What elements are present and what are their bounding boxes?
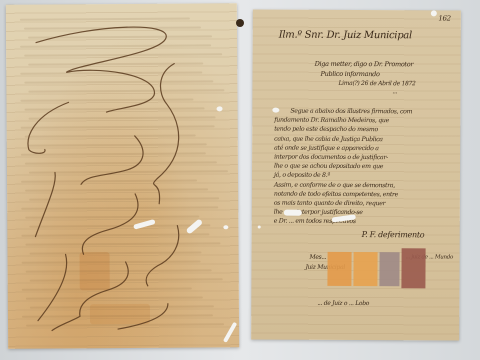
paper-tear <box>223 225 228 229</box>
header-line: ... <box>392 88 397 95</box>
paper-tear <box>431 10 437 16</box>
paper-tear <box>217 106 223 111</box>
revenue-stamp-red-brown <box>401 248 425 288</box>
cancellation-strokes <box>6 3 239 349</box>
right-petition-page: 162 Ilm.º Snr. Dr. Juiz Municipal Diga m… <box>251 9 461 340</box>
paper-tear <box>284 210 302 216</box>
header-line: Publico informando <box>321 70 380 78</box>
body-line: até onde se justifique e apparecido a <box>274 144 379 152</box>
binding-hole <box>236 19 244 27</box>
body-line: Segue a abaixo dos illustres firmados, c… <box>290 108 412 116</box>
revenue-stamp-gray <box>379 252 399 286</box>
revenue-stamp-orange-2 <box>353 252 377 286</box>
salutation: Ilm.º Snr. Dr. Juiz Municipal <box>279 30 412 42</box>
revenue-stamp-orange-1 <box>327 252 351 286</box>
header-line: Diga metter, digo o Dr. Promotor <box>315 60 414 69</box>
signature: P. F. deferimento <box>362 230 425 239</box>
page-number: 162 <box>438 14 451 22</box>
body-line: Assim, e conforme de o que se demonstra, <box>274 181 395 189</box>
body-line: caixa, que lhe cabia de Justiça Publica <box>274 135 383 143</box>
header-line: Lima(?) 26 de Abril de 1872 <box>338 80 415 87</box>
footer-line: ... de Juiz o ... Lobo <box>317 300 369 307</box>
body-line: já, o deposito de 8.ª <box>274 172 330 179</box>
petition-body: Segue a abaixo dos illustres firmados, c… <box>253 9 461 10</box>
body-line: fundamento Dr. Ramalho Medeiros, que <box>274 117 389 125</box>
body-line: os mais tanto quanto de direito, requer <box>274 200 385 208</box>
body-line: interpor dos documentos o de justificar- <box>274 154 388 162</box>
left-manuscript-page <box>6 3 239 349</box>
body-line: tendo pelo este despacho do mesmo <box>274 126 378 134</box>
body-line: lhe o que se achou depositado em que <box>274 163 383 171</box>
paper-tear <box>272 108 279 113</box>
body-line: notando de todo efeitos competentes, ent… <box>274 190 398 198</box>
bottom-line: Mes... <box>310 254 327 261</box>
paper-tear <box>258 225 261 228</box>
